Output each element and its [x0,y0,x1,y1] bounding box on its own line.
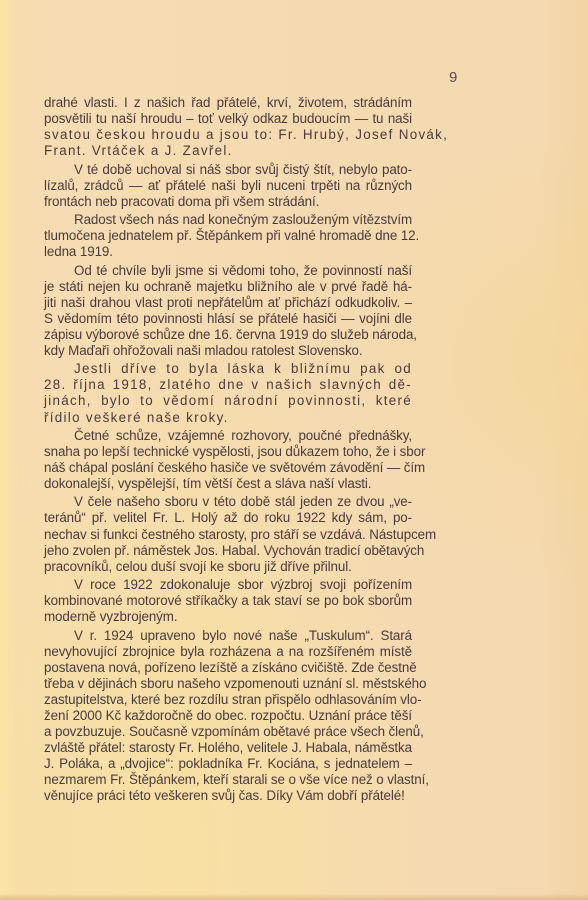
text-line: pracovníků, celou duší svojí ke sboru ji… [44,559,412,575]
text-line: J. Poláka, a „dvojice“: pokladníka Fr. K… [44,756,412,772]
paragraph: Radost všech nás nad konečným zasloužený… [44,212,412,260]
text-line: postavena nová, pořízeno lezíště a získá… [44,660,412,676]
paragraph: V roce 1922 zdokonaluje sbor výzbroj svo… [44,577,412,625]
text-line: Četné schůze, vzájemné rozhovory, poučné… [44,428,412,444]
text-line: dokonalejší, vyspělejší, tím větší čest … [44,476,412,492]
text-line: věnujíce práci této veškeren svůj čas. D… [44,788,412,804]
text-line: třeba v dějinách sboru našeho vzpomenout… [44,676,412,692]
text-line: řídilo veškeré naše kroky. [44,410,412,426]
text-line: kdy Maďaři ohřožovali naši mladou ratole… [44,343,412,359]
text-line: snaha po lepší technické vyspělosti, jso… [44,444,412,460]
text-line: Od té chvíle byli jsme si vědomi toho, ž… [44,263,412,279]
text-line: moderně vyzbrojeným. [44,609,412,625]
paragraph: Četné schůze, vzájemné rozhovory, poučné… [44,428,412,492]
text-line: svatou českou hroudu a jsou to: Fr. Hrub… [44,127,412,143]
paragraph: V r. 1924 upraveno bylo nové naše „Tusku… [44,628,412,805]
paragraph: drahé vlasti. I z našich řad přátelé, kr… [44,95,412,159]
text-line: posvětili tu naší hroudu – toť velký odk… [44,111,412,127]
text-line: jiti naši drahou vlast proti nepřátelům … [44,295,412,311]
body-text: drahé vlasti. I z našich řad přátelé, kr… [44,95,412,807]
paragraph: V čele našeho sboru v této době stál jed… [44,494,412,574]
text-line: jinách, bylo to vědomí národní povinnost… [44,393,412,409]
text-line: jeho zvolen př. náměstek Jos. Habal. Vyc… [44,543,412,559]
text-line: je státi nejen ku ochraně majetku bližní… [44,279,412,295]
text-line: žení 2000 Kč každoročně do obec. rozpočt… [44,708,412,724]
text-line: S vědomím této povinnosti hlásí se přáte… [44,311,412,327]
text-line: lízalů, zrádců — ať přátelé naši byli nu… [44,178,412,194]
text-line: zvláště přátel: starosty Fr. Holého, vel… [44,740,412,756]
text-line: zápisu výborové schůze dne 16. června 19… [44,327,412,343]
text-line: ledna 1919. [44,244,412,260]
text-line: a povzbuzuje. Současně vzpomínám obětavé… [44,724,412,740]
text-line: Frant. Vrtáček a J. Zavřel. [44,143,412,159]
text-line: nezmarem Fr. Štěpánkem, kteří starali se… [44,772,412,788]
book-page: 9 drahé vlasti. I z našich řad přátelé, … [0,0,588,900]
text-line: drahé vlasti. I z našich řad přátelé, kr… [44,95,412,111]
paragraph: V té době uchoval si náš sbor svůj čistý… [44,162,412,210]
text-line: tlumočena jednatelem př. Štěpánkem při v… [44,228,412,244]
page-number: 9 [449,69,457,86]
text-line: kombinované motorové stříkačky a tak sta… [44,593,412,609]
text-line: Radost všech nás nad konečným zasloužený… [44,212,412,228]
text-line: teránů“ př. velitel Fr. L. Holý až do ro… [44,510,412,526]
text-line: V roce 1922 zdokonaluje sbor výzbroj svo… [44,577,412,593]
text-line: Jestli dříve to byla láska k bližnímu pa… [44,361,412,377]
text-line: náš chápal poslání českého hasiče ve svě… [44,460,412,476]
text-line: frontách neb pracovati doma při všem str… [44,194,412,210]
text-line: nechav si funkci čestného starosty, pro … [44,527,412,543]
text-line: V čele našeho sboru v této době stál jed… [44,494,412,510]
text-line: zastupitelstva, které bez rozdílu stran … [44,692,412,708]
text-line: V r. 1924 upraveno bylo nové naše „Tusku… [44,628,412,644]
text-line: V té době uchoval si náš sbor svůj čistý… [44,162,412,178]
text-line: 28. října 1918, zlatého dne v našich sla… [44,377,412,393]
text-line: nevyhovující zbrojnice byla rozházena a … [44,644,412,660]
paragraph: Jestli dříve to byla láska k bližnímu pa… [44,361,412,425]
paragraph: Od té chvíle byli jsme si vědomi toho, ž… [44,263,412,360]
